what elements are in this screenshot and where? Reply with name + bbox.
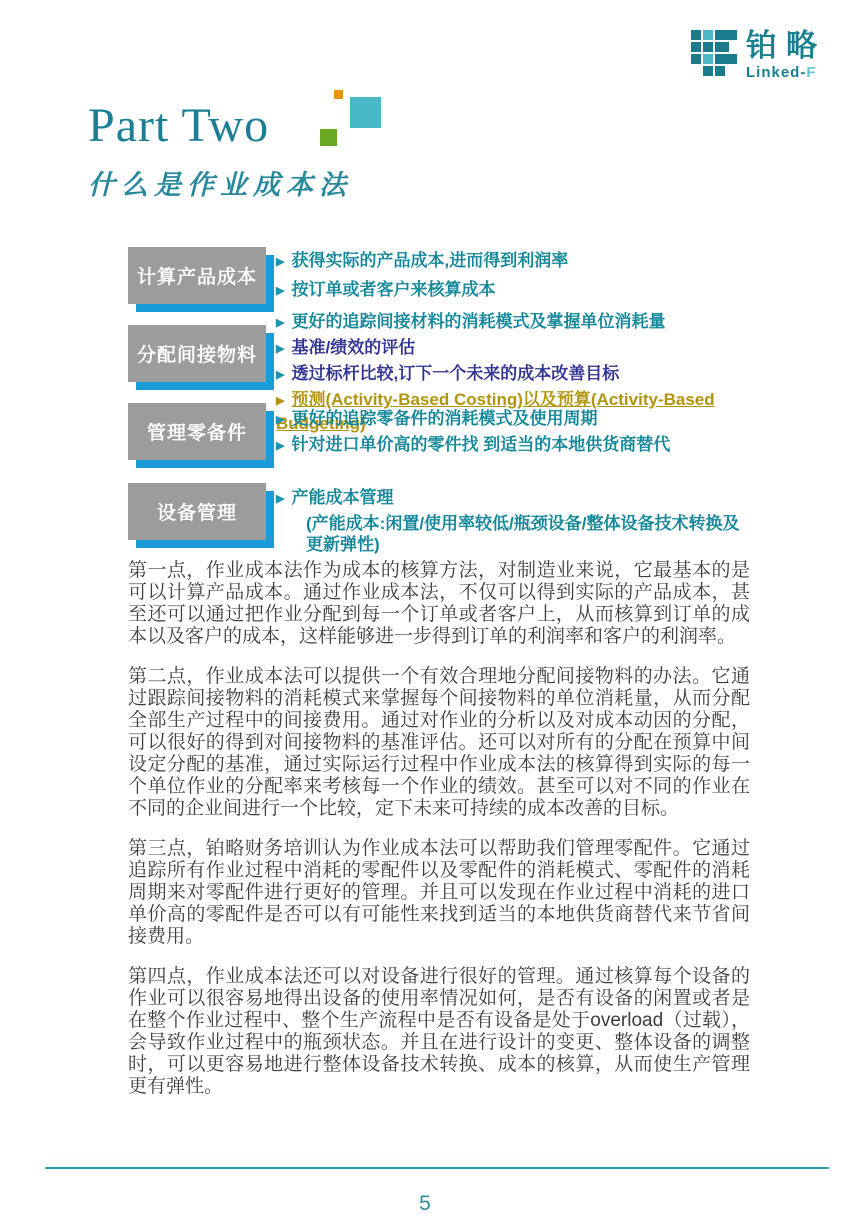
bullet-arrow-icon: ▶ (276, 317, 284, 329)
paragraph-3: 第三点，铂略财务培训认为作业成本法可以帮助我们管理零配件。它通过追踪所有作业过程… (128, 838, 750, 948)
bullet-item: ▶更好的追踪间接材料的消耗模式及掌握单位消耗量 (276, 311, 756, 335)
brand-logo: 铂略 Linked-F (691, 30, 826, 80)
bullet-arrow-icon: ▶ (276, 369, 284, 381)
linkedf-logo-icon (691, 30, 737, 76)
bullet-arrow-icon: ▶ (276, 343, 284, 355)
bullet-item: ▶获得实际的产品成本,进而得到利润率 (276, 250, 756, 274)
paragraph-2: 第二点，作业成本法可以提供一个有效合理地分配间接物料的办法。它通过跟踪间接物料的… (128, 666, 750, 820)
part-title: Part Two (88, 98, 269, 153)
bullet-item: ▶更好的追踪零备件的消耗模式及使用周期 (276, 408, 756, 432)
deco-square-green-icon (320, 129, 337, 146)
brand-text: 铂略 Linked-F (746, 30, 826, 80)
bullet-item: ▶透过标杆比较,订下一个未来的成本改善目标 (276, 363, 756, 387)
brand-name-en: Linked-F (746, 65, 817, 80)
bullet-item: ▶按订单或者客户来核算成本 (276, 279, 756, 303)
section-subtitle: 什么是作业成本法 (88, 163, 352, 202)
box-calc-product-cost: 计算产品成本 (128, 247, 266, 304)
paragraph-1: 第一点，作业成本法作为成本的核算方法，对制造业来说，它最基本的是可以计算产品成本… (128, 560, 750, 648)
bullet-arrow-icon: ▶ (276, 395, 284, 407)
bullet-arrow-icon: ▶ (276, 256, 284, 268)
paragraph-4: 第四点，作业成本法还可以对设备进行很好的管理。通过核算每个设备的作业可以很容易地… (128, 966, 750, 1098)
bullet-arrow-icon: ▶ (276, 285, 284, 297)
deco-square-orange-icon (334, 90, 343, 99)
bullet-item: ▶针对进口单价高的零件找 到适当的本地供货商替代 (276, 434, 756, 458)
bullet-group-4: ▶产能成本管理 (产能成本:闲置/使用率较低/瓶颈设备/整体设备技术转换及更新弹… (276, 487, 756, 555)
bullet-item: ▶基准/绩效的评估 (276, 337, 756, 361)
box-manage-spare-parts: 管理零备件 (128, 403, 266, 460)
capacity-cost-note: (产能成本:闲置/使用率较低/瓶颈设备/整体设备技术转换及更新弹性) (276, 513, 756, 555)
box-equipment-management: 设备管理 (128, 483, 266, 540)
body-text: 第一点，作业成本法作为成本的核算方法，对制造业来说，它最基本的是可以计算产品成本… (128, 560, 750, 1116)
bullet-arrow-icon: ▶ (276, 414, 284, 426)
bullet-item: ▶产能成本管理 (276, 487, 756, 511)
deco-square-blue-icon (350, 97, 381, 128)
brand-name-cn: 铂略 (746, 30, 826, 61)
document-page: 铂略 Linked-F Part Two 什么是作业成本法 计算产品成本 分配间… (0, 0, 850, 1228)
page-number: 5 (0, 1192, 850, 1216)
footer-divider (45, 1167, 829, 1169)
bullet-arrow-icon: ▶ (276, 493, 284, 505)
bullet-group-3: ▶更好的追踪零备件的消耗模式及使用周期 ▶针对进口单价高的零件找 到适当的本地供… (276, 408, 756, 460)
bullet-arrow-icon: ▶ (276, 440, 284, 452)
box-allocate-materials: 分配间接物料 (128, 325, 266, 382)
bullet-group-1: ▶获得实际的产品成本,进而得到利润率 ▶按订单或者客户来核算成本 (276, 250, 756, 308)
